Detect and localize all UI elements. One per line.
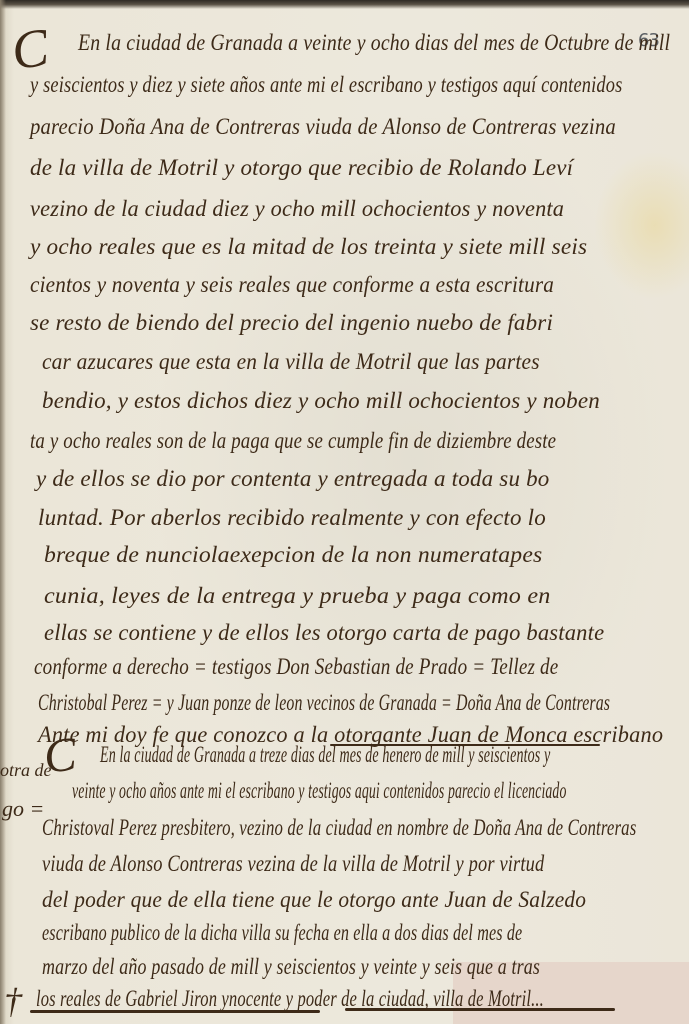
manuscript-line: y ocho reales que es la mitad de los tre…	[30, 234, 587, 260]
closing-rubric: †	[4, 980, 22, 1022]
manuscript-line: Christobal Perez = y Juan ponze de leon …	[38, 690, 610, 716]
manuscript-line: car azucares que esta en la villa de Mot…	[42, 349, 540, 375]
manuscript-line: ellas se contiene y de ellos les otorgo …	[44, 620, 604, 646]
manuscript-line: luntad. Por aberlos recibido realmente y…	[38, 505, 546, 531]
manuscript-line: de la villa de Motril y otorgo que recib…	[30, 155, 573, 181]
manuscript-line: y de ellos se dio por contenta y entrega…	[36, 466, 550, 492]
scan-top-shadow	[0, 0, 689, 9]
manuscript-line: se resto de biendo del precio del ingeni…	[30, 310, 553, 336]
manuscript-line: viuda de Alonso Contreras vezina de la v…	[42, 851, 544, 877]
manuscript-line: escribano publico de la dicha villa su f…	[42, 920, 522, 946]
manuscript-line: cunia, leyes de la entrega y prueba y pa…	[44, 583, 551, 609]
manuscript-line: veinte y ocho años ante mi el escribano …	[72, 778, 566, 804]
manuscript-line: conforme a derecho = testigos Don Sebast…	[34, 654, 558, 680]
margin-note: go =	[2, 796, 44, 822]
margin-note: otra de	[0, 760, 52, 781]
manuscript-line: bendio, y estos dichos diez y ocho mill …	[42, 388, 600, 414]
manuscript-line: marzo del año pasado de mill y seiscient…	[42, 954, 540, 980]
manuscript-line: En la ciudad de Granada a treze dias del…	[100, 742, 550, 768]
manuscript-line: Christoval Perez presbitero, vezino de l…	[42, 815, 636, 841]
manuscript-line: del poder que de ella tiene que le otorg…	[42, 887, 586, 913]
manuscript-line: ta y ocho reales son de la paga que se c…	[30, 428, 556, 454]
manuscript-line: y seiscientos y diez y siete años ante m…	[30, 72, 622, 98]
manuscript-line: vezino de la ciudad diez y ocho mill och…	[30, 196, 564, 222]
manuscript-line: parecio Doña Ana de Contreras viuda de A…	[30, 114, 616, 140]
manuscript-page: 63 C En la ciudad de Granada a veinte y …	[0, 0, 689, 1024]
closing-underline-right	[345, 1008, 615, 1011]
page-binding-edge	[0, 0, 6, 1024]
manuscript-line: En la ciudad de Granada a veinte y ocho …	[78, 30, 670, 56]
closing-underline	[30, 1010, 320, 1013]
manuscript-line: breque de nunciolaexepcion de la non num…	[44, 542, 542, 568]
manuscript-line: cientos y noventa y seis reales que conf…	[30, 272, 554, 298]
